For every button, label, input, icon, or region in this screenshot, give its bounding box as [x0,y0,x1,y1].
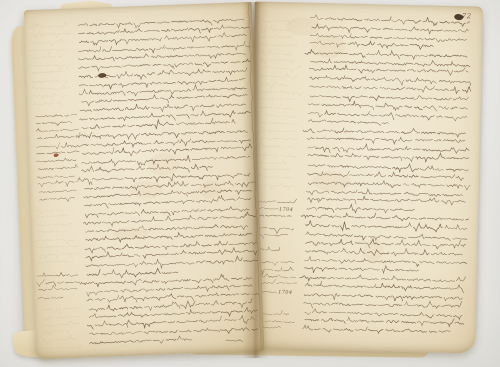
handwriting-lines [298,14,473,335]
left-page [24,2,265,359]
left-page-handwriting [24,2,265,359]
bleed-through-text [29,22,73,107]
paper-stains [110,151,223,240]
margin-note [35,114,83,203]
margin-note: 1704 [255,198,296,217]
bleed-through-text [258,20,304,190]
right-page-handwriting: 17041704 [247,1,483,353]
right-page: 17041704 72 [247,1,483,353]
handwriting-lines [72,18,261,346]
bleed-through-text [43,307,83,349]
photo-background: 17041704 72 [0,0,500,367]
margin-note [256,226,293,239]
folio-number: 72 [462,12,472,20]
margin-note [36,272,82,300]
catchword [226,339,243,342]
paper-stains [280,17,388,261]
svg-text:1704: 1704 [279,207,293,213]
svg-text:1704: 1704 [278,289,292,295]
bleed-through-text [36,209,79,264]
